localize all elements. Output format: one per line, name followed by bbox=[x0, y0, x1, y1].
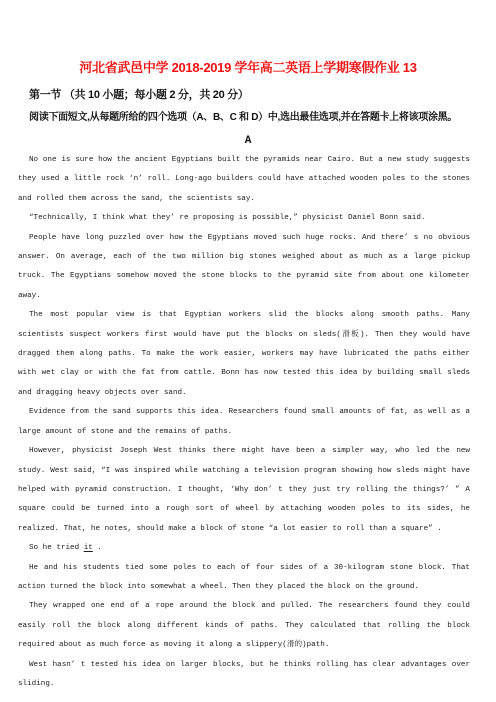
paragraph-bonn-quote: “Technically, I think what they’ re prop… bbox=[18, 209, 470, 228]
paragraph-popular-view: The most popular view is that Egyptian w… bbox=[18, 306, 470, 403]
paragraph-evidence: Evidence from the sand supports this ide… bbox=[18, 403, 470, 442]
passage-label: A bbox=[0, 135, 496, 147]
exam-page: 河北省武邑中学 2018-2019 学年高二英语上学期寒假作业 13 第一节 （… bbox=[0, 0, 496, 702]
tried-it-suffix: . bbox=[93, 544, 102, 552]
document-title: 河北省武邑中学 2018-2019 学年高二英语上学期寒假作业 13 bbox=[10, 58, 486, 77]
section-heading: 第一节 （共 10 小题；每小题 2 分，共 20 分） bbox=[29, 88, 470, 102]
instruction-text: 阅读下面短文,从每题所给的四个选项（A、B、C 和 D）中,选出最佳选项,并在答… bbox=[29, 111, 476, 125]
paragraph-rope-pull: They wrapped one end of a rope around th… bbox=[18, 597, 470, 655]
paragraph-tried-it: So he tried it . bbox=[18, 539, 470, 558]
paragraph-experiment: He and his students tied some poles to e… bbox=[18, 559, 470, 598]
paragraph-intro: No one is sure how the ancient Egyptians… bbox=[18, 151, 470, 209]
tried-it-prefix: So he tried bbox=[29, 544, 84, 552]
reading-passage: No one is sure how the ancient Egyptians… bbox=[18, 151, 470, 694]
paragraph-conclusion: West hasn’ t tested his idea on larger b… bbox=[18, 656, 470, 695]
tried-it-underlined-word: it bbox=[84, 544, 93, 552]
paragraph-west-idea: However, physicist Joseph West thinks th… bbox=[18, 442, 470, 539]
paragraph-puzzle: People have long puzzled over how the Eg… bbox=[18, 229, 470, 307]
